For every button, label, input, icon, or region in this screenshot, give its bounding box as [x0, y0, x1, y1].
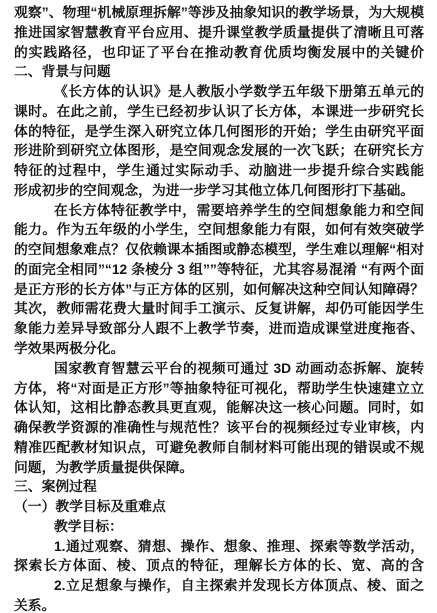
text-line: 象能力差异导致部分人跟不上教学节奏，进而造成课堂进度拖沓、教 [14, 319, 424, 339]
heading-line: （一）教学目标及重难点 [14, 497, 424, 517]
text-line: 观察”、物理“机械原理拆解”等涉及抽象知识的教学场景，为大规模 [14, 3, 424, 23]
text-line: 问题，为教学质量提供保障。 [14, 458, 424, 478]
document-page: 观察”、物理“机械原理拆解”等涉及抽象知识的教学场景，为大规模推进国家智慧教育平… [0, 0, 437, 613]
text-line: 的空间想象难点？仅依赖课本插图或静态模型，学生难以理解“相对 [14, 240, 424, 260]
text-line: 在长方体特征教学中，需要培养学生的空间想象能力和空间架构 [14, 201, 424, 221]
text-line: 推进国家智慧教育平台应用、提升课堂教学质量提供了清晰且可落地 [14, 23, 424, 43]
text-line: 关系。 [14, 596, 424, 613]
heading-line: 二、背景与问题 [14, 62, 424, 82]
document-lines: 观察”、物理“机械原理拆解”等涉及抽象知识的教学场景，为大规模推进国家智慧教育平… [14, 3, 424, 613]
text-line: 的面完全相同”“12 条棱分 3 组””等特征，尤其容易混淆 “有两个面 [14, 260, 424, 280]
text-line: 《长方体的认识》是人教版小学数学五年级下册第五单元的第一 [14, 82, 424, 102]
text-line: 国家教育智慧云平台的视频可通过 3D 动画动态拆解、旋转长 [14, 359, 424, 379]
heading-line: 三、案例过程 [14, 477, 424, 497]
text-line: 探索长方体面、棱、顶点的特征，理解长方体的长、宽、高的含义。 [14, 556, 424, 576]
text-line: 能力。作为五年级的小学生，空间想象能力有限，如何有效突破学生 [14, 220, 424, 240]
text-line: 2.立足想象与操作，自主探索并发现长方体顶点、棱、面之间的 [14, 576, 424, 596]
text-line: 方体，将“对面是正方形”等抽象特征可视化，帮助学生快速建立立 [14, 379, 424, 399]
text-line: 形成初步的空间观念，为进一步学习其他立体几何图形打下基础。 [14, 181, 424, 201]
text-line: 形进阶到研究立体图形，是空间观念发展的一次飞跃；在研究长方体 [14, 141, 424, 161]
text-line: 其次，教师需花费大量时间手工演示、反复讲解，却仍可能因学生想 [14, 299, 424, 319]
text-line: 体的特征，是学生深入研究立体几何图形的开始；学生由研究平面图 [14, 122, 424, 142]
text-line: 体认知，这相比静态教具更直观，能解决这一核心问题。同时，如何 [14, 398, 424, 418]
text-line: 是正方形的长方体”与正方体的区别，如何解决这种空间认知障碍？ [14, 280, 424, 300]
text-line: 教学目标： [14, 517, 424, 537]
text-line: 确保教学资源的准确性与规范性？该平台的视频经过专业审核，内容 [14, 418, 424, 438]
text-line: 课时。在此之前，学生已经初步认识了长方体，本课进一步研究长方 [14, 102, 424, 122]
text-line: 学效果两极分化。 [14, 339, 424, 359]
text-line: 特征的过程中，学生通过实际动手、动脑进一步提升综合实践能力， [14, 161, 424, 181]
text-line: 精准匹配教材知识点，可避免教师自制材料可能出现的错误或不规范 [14, 438, 424, 458]
text-line: 1.通过观察、猜想、操作、想象、推理、探索等数学活动，自主 [14, 537, 424, 557]
text-line: 的实践路径，也印证了平台在推动教育优质均衡发展中的关键价值。 [14, 43, 424, 63]
